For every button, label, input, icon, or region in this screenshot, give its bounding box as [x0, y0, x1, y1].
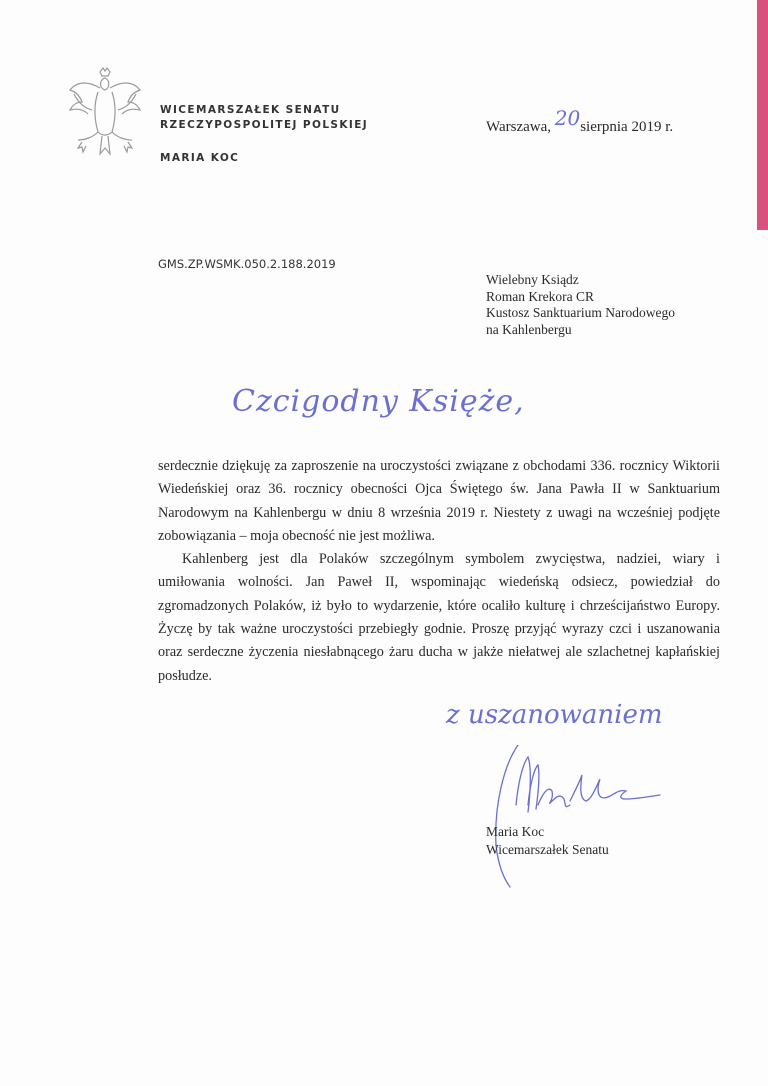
addressee-line: Roman Krekora CR	[486, 289, 675, 306]
letterhead-title-line2: RZECZYPOSPOLITEJ POLSKIEJ	[160, 119, 368, 131]
body-paragraph: serdecznie dziękuję za zaproszenie na ur…	[158, 455, 720, 548]
addressee-line: Wielebny Ksiądz	[486, 272, 675, 289]
date-month-year: sierpnia 2019 r.	[580, 119, 673, 135]
edge-color-tab	[757, 0, 768, 230]
signer-title: Wicemarszałek Senatu	[486, 841, 609, 859]
letter-body: serdecznie dziękuję za zaproszenie na ur…	[158, 455, 720, 688]
body-paragraph: Kahlenberg jest dla Polaków szczególnym …	[158, 548, 720, 688]
letter-date: Warszawa, 20sierpnia 2019 r.	[486, 112, 673, 136]
addressee-line: Kustosz Sanktuarium Narodowego	[486, 305, 675, 322]
signer-name: Maria Koc	[486, 823, 609, 841]
handwritten-signature-icon	[478, 745, 738, 890]
signer-block: Maria Koc Wicemarszałek Senatu	[486, 823, 609, 859]
date-day-handwritten: 20	[555, 106, 580, 130]
letterhead-title-line1: WICEMARSZAŁEK SENATU	[160, 104, 341, 116]
addressee-block: Wielebny Ksiądz Roman Krekora CR Kustosz…	[486, 272, 675, 338]
addressee-line: na Kahlenbergu	[486, 322, 675, 339]
reference-number: GMS.ZP.WSMK.050.2.188.2019	[158, 257, 336, 271]
handwritten-closing: z uszanowaniem	[446, 700, 663, 730]
handwritten-salutation: Czcigodny Księże,	[232, 384, 525, 419]
polish-eagle-emblem-icon	[62, 66, 148, 162]
letterhead-name: MARIA KOC	[160, 152, 239, 164]
date-place: Warszawa,	[486, 119, 551, 135]
